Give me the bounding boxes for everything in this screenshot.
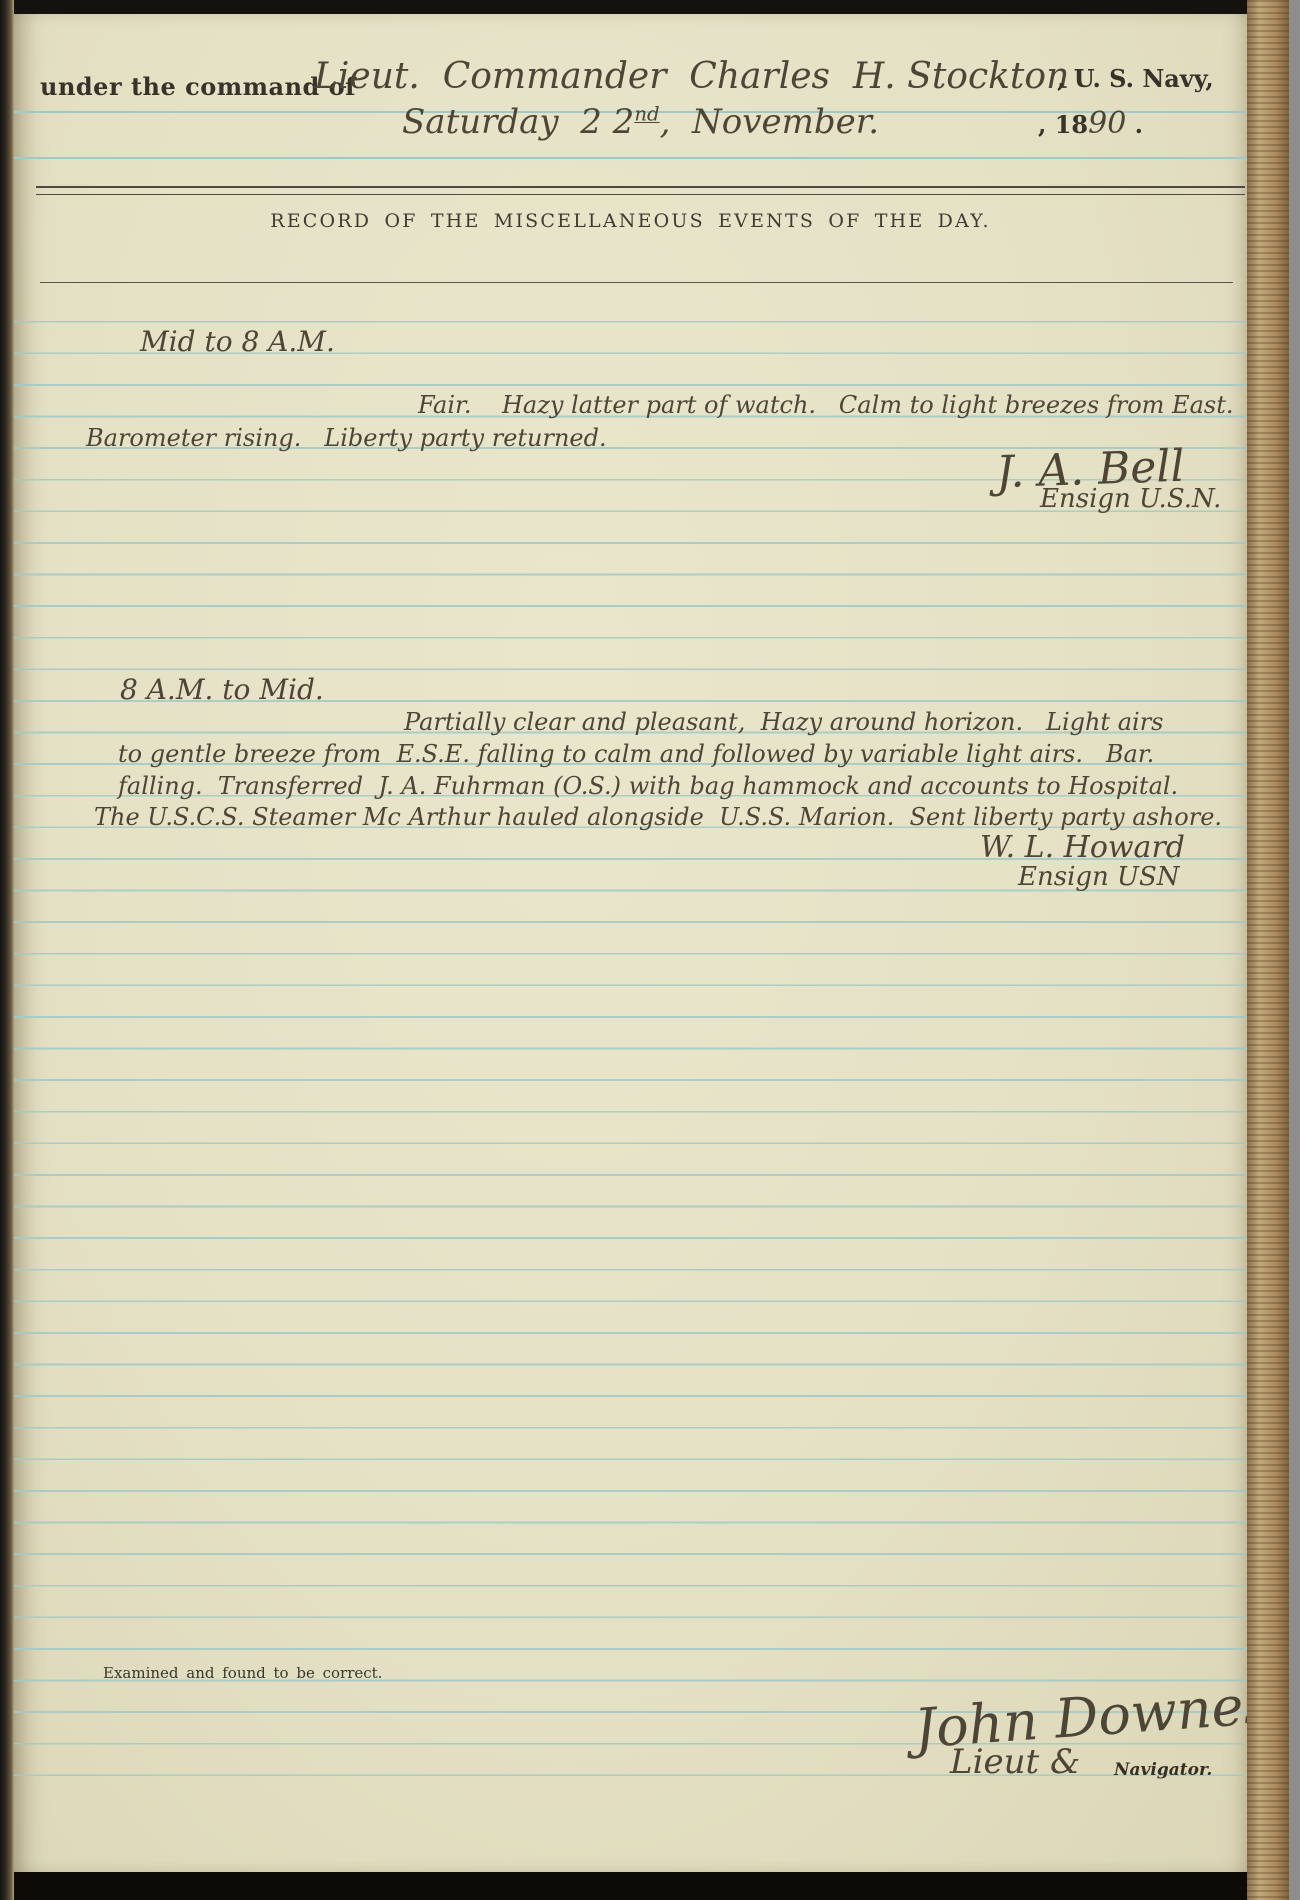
header-rule-line-2 bbox=[14, 157, 1247, 159]
page-stack-edge bbox=[1247, 0, 1289, 1900]
printed-year-prefix: , 18 bbox=[1038, 110, 1088, 139]
logbook-scan: under the command of Lieut. Commander Ch… bbox=[0, 0, 1300, 1900]
logbook-page: under the command of Lieut. Commander Ch… bbox=[14, 14, 1247, 1872]
date-day: Saturday 2 2 bbox=[402, 102, 634, 142]
scan-shadow-top bbox=[0, 0, 1247, 14]
signature-howard: W. L. Howard bbox=[980, 830, 1185, 865]
signature-downes-rank: Lieut & bbox=[950, 1742, 1080, 1782]
entry-line: falling. Transferred J. A. Fuhrman (O.S.… bbox=[118, 772, 1178, 800]
commander-name-handwritten: Lieut. Commander Charles H. Stockton bbox=[314, 56, 1069, 97]
scan-shadow-bottom bbox=[0, 1872, 1247, 1900]
signature-howard-title: Ensign USN bbox=[1018, 862, 1180, 892]
entry-line: Fair. Hazy latter part of watch. Calm to… bbox=[418, 391, 1233, 419]
navigator-printed-label: Navigator. bbox=[1114, 1760, 1212, 1780]
entry-line: Partially clear and pleasant, Hazy aroun… bbox=[404, 708, 1163, 736]
book-binding-edge bbox=[0, 0, 14, 1900]
date-handwritten: Saturday 2 2nd, November. bbox=[402, 102, 879, 142]
printed-under-command-label: under the command of bbox=[40, 72, 356, 101]
date-ordinal: nd bbox=[634, 103, 659, 126]
entry-line: The U.S.C.S. Steamer Mc Arthur hauled al… bbox=[94, 803, 1222, 831]
examined-note: Examined and found to be correct. bbox=[103, 1664, 382, 1682]
printed-us-navy-label: , U. S. Navy, bbox=[1057, 64, 1214, 93]
watch-label-8am-to-mid: 8 A.M. to Mid. bbox=[120, 673, 324, 706]
section-rule bbox=[40, 282, 1233, 283]
entry-line: to gentle breeze from E.S.E. falling to … bbox=[118, 740, 1154, 768]
ruled-lines bbox=[14, 291, 1247, 1793]
year-handwritten: 90 bbox=[1088, 106, 1126, 141]
date-month: , November. bbox=[660, 102, 879, 142]
entry-line: Barometer rising. Liberty party returned… bbox=[86, 424, 607, 452]
header-double-rule bbox=[36, 186, 1245, 195]
year-period: . bbox=[1126, 110, 1143, 139]
watch-label-mid-to-8am: Mid to 8 A.M. bbox=[140, 325, 335, 358]
signature-bell-title: Ensign U.S.N. bbox=[1040, 484, 1221, 514]
record-of-events-title: RECORD OF THE MISCELLANEOUS EVENTS OF TH… bbox=[14, 210, 1247, 232]
year-line: , 1890 . bbox=[1038, 106, 1143, 141]
